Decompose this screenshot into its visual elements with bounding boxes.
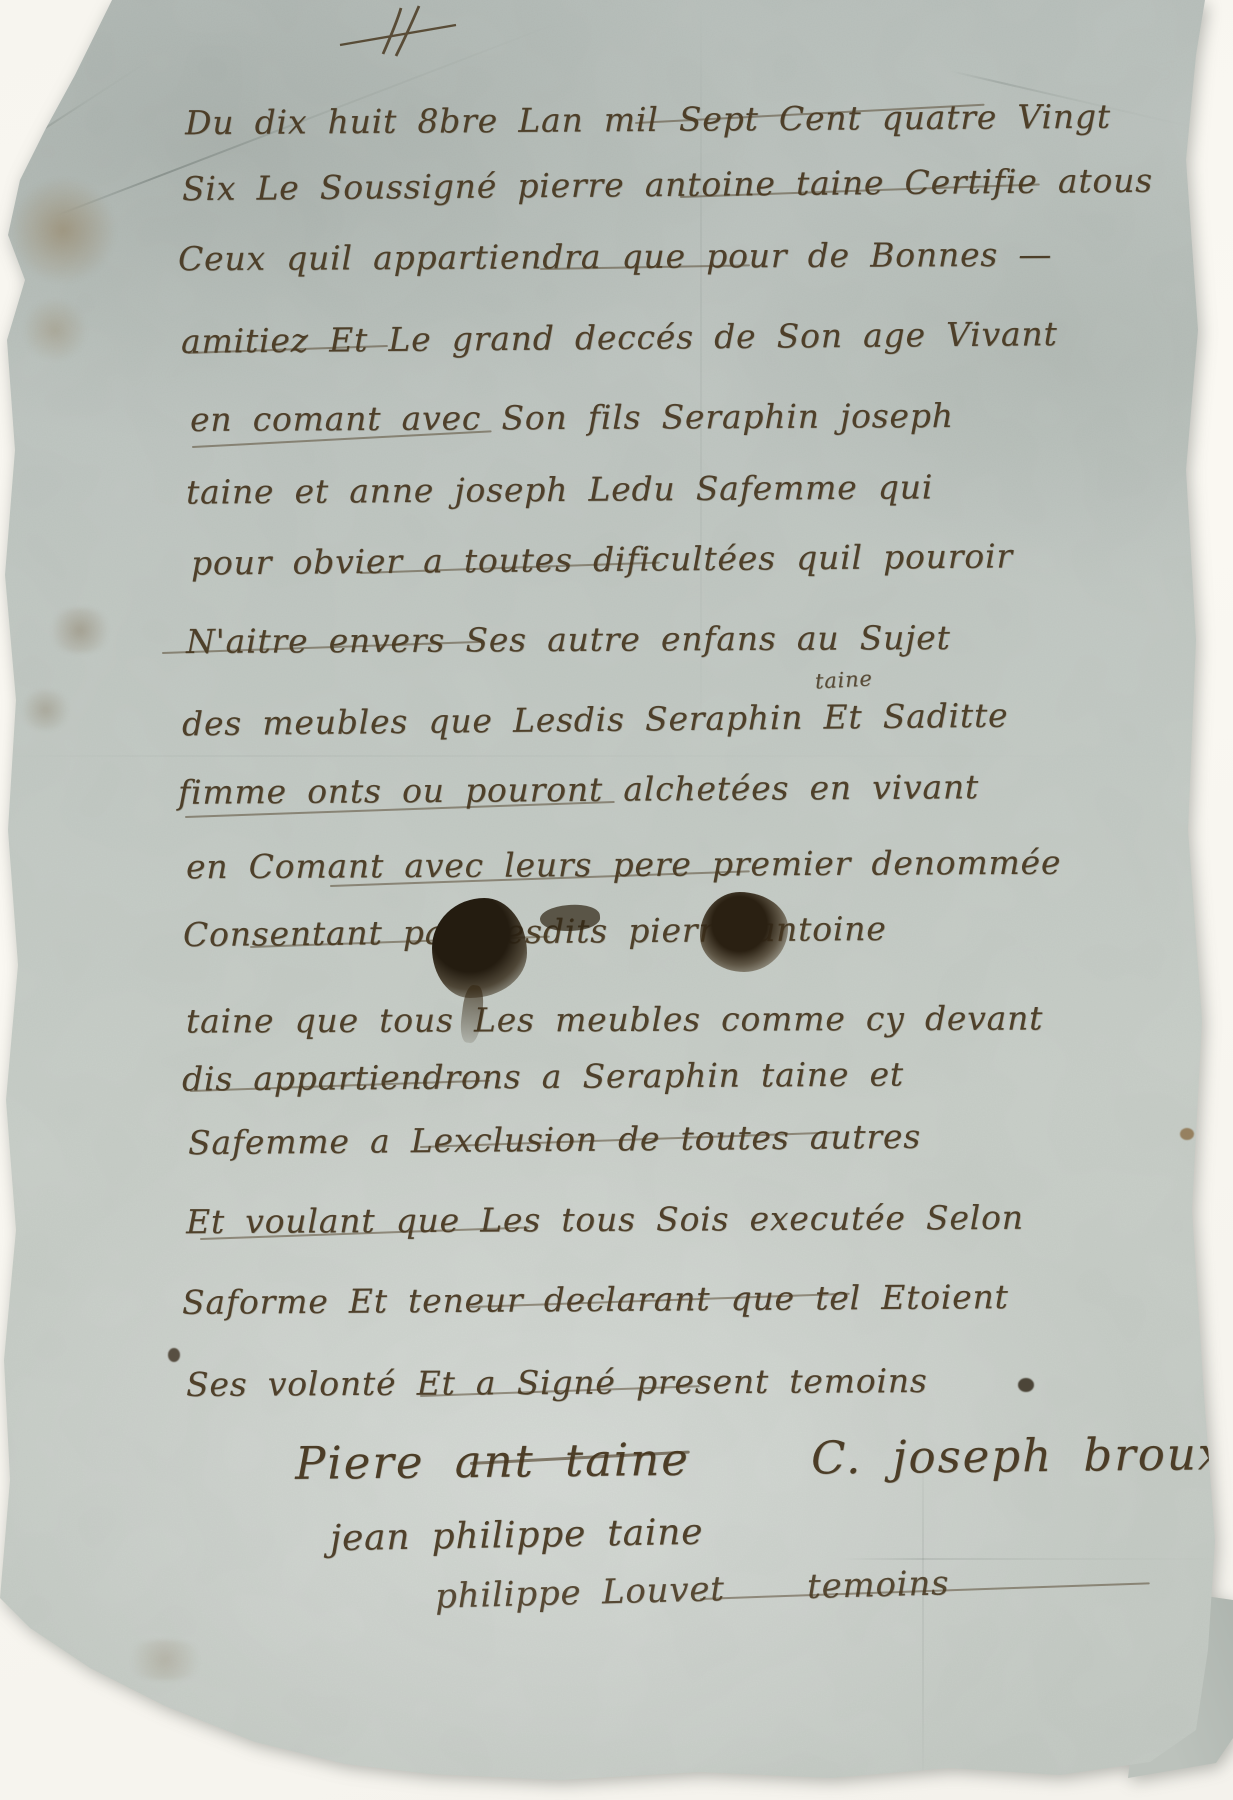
- signature-line: Piere ant taine C. joseph broux: [295, 1427, 1226, 1490]
- manuscript-line: Ceux quil appartiendra que pour de Bonne…: [178, 235, 1052, 279]
- manuscript-line: en Comant avec leurs pere premier denomm…: [186, 843, 1061, 887]
- signature-line: jean philippe taine: [330, 1512, 704, 1560]
- manuscript-line: dis appartiendrons a Seraphin taine et: [182, 1054, 904, 1098]
- manuscript-line: Ses volonté Et a Signé present temoins: [186, 1361, 928, 1404]
- manuscript-line: Saforme Et teneur declarant que tel Etoi…: [182, 1277, 1009, 1322]
- manuscript-line: Safemme a Lexclusion de toutes autres: [188, 1117, 921, 1162]
- interline-insertion: taine: [814, 667, 873, 694]
- manuscript-line: taine que tous Les meubles comme cy deva…: [186, 999, 1043, 1041]
- manuscript-line: des meubles que Lesdis Seraphin Et Sadit…: [182, 696, 1009, 744]
- manuscript-line: amitiez Et Le grand deccés de Son age Vi…: [181, 314, 1058, 361]
- scanned-document: Du dix huit 8bre Lan mil Sept Cent quatr…: [0, 0, 1233, 1800]
- manuscript-line: en comant avec Son fils Seraphin joseph: [190, 396, 954, 439]
- manuscript-paper: Du dix huit 8bre Lan mil Sept Cent quatr…: [0, 0, 1233, 1800]
- signature-line: philippe Louvet temoins: [435, 1563, 950, 1616]
- manuscript-line: pour obvier a toutes dificultées quil po…: [191, 536, 1013, 582]
- manuscript-line: fimme onts ou pouront alchetées en vivan…: [178, 767, 979, 812]
- manuscript-line: taine et anne joseph Ledu Safemme qui: [186, 467, 933, 511]
- paper-sheet-wrapper: Du dix huit 8bre Lan mil Sept Cent quatr…: [0, 0, 1233, 1800]
- manuscript-text-block: Du dix huit 8bre Lan mil Sept Cent quatr…: [0, 0, 1233, 1800]
- manuscript-line: N'aitre envers Ses autre enfans au Sujet: [186, 618, 951, 661]
